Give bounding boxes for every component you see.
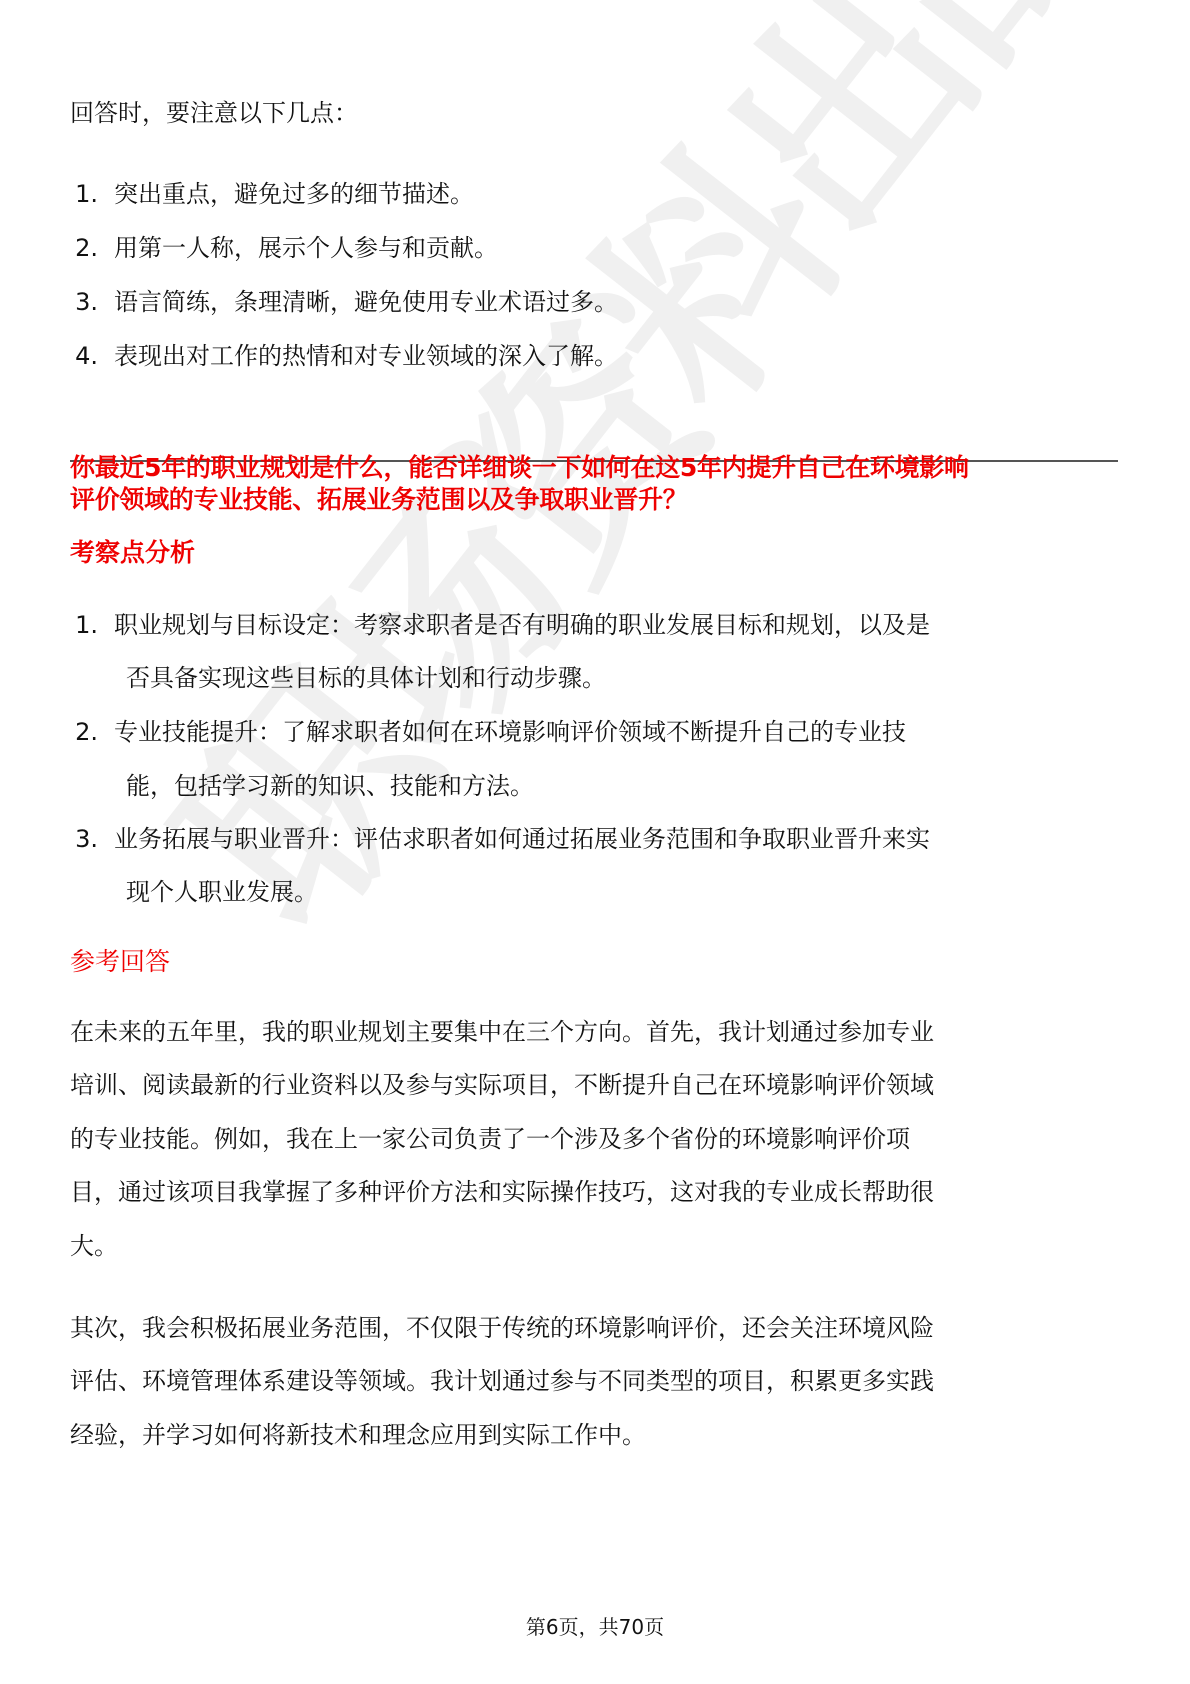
reference-paragraph-2-line: 评估、环境管理体系建设等领域。我计划通过参与不同类型的项目，积累更多实践 xyxy=(70,1366,934,1396)
analysis-text-cont: 否具备实现这些目标的具体计划和行动步骤。 xyxy=(126,663,606,693)
tip-text: 突出重点，避免过多的细节描述。 xyxy=(114,180,474,208)
analysis-item: 3.业务拓展与职业晋升：评估求职者如何通过拓展业务范围和争取职业晋升来实 xyxy=(70,824,930,854)
reference-paragraph-1-line: 培训、阅读最新的行业资料以及参与实际项目，不断提升自己在环境影响评价领域 xyxy=(70,1070,934,1100)
page-number: 第6页，共70页 xyxy=(0,1611,1190,1640)
reference-paragraph-2-line: 其次，我会积极拓展业务范围，不仅限于传统的环境影响评价，还会关注环境风险 xyxy=(70,1313,934,1343)
reference-paragraph-1-line: 的专业技能。例如，我在上一家公司负责了一个涉及多个省份的环境影响评价项 xyxy=(70,1124,910,1154)
tip-item: 4.表现出对工作的热情和对专业领域的深入了解。 xyxy=(70,341,618,371)
analysis-number: 1. xyxy=(70,610,114,640)
tip-text: 表现出对工作的热情和对专业领域的深入了解。 xyxy=(114,342,618,370)
tip-number: 4. xyxy=(70,341,114,371)
analysis-number: 2. xyxy=(70,717,114,747)
analysis-heading: 考察点分析 xyxy=(70,537,195,569)
analysis-text-cont: 现个人职业发展。 xyxy=(126,877,318,907)
document-page: 职场资料出品 回答时，要注意以下几点： 1.突出重点，避免过多的细节描述。 2.… xyxy=(0,0,1190,1684)
analysis-item: 1.职业规划与目标设定：考察求职者是否有明确的职业发展目标和规划，以及是 xyxy=(70,610,930,640)
reference-paragraph-2-line: 经验，并学习如何将新技术和理念应用到实际工作中。 xyxy=(70,1420,646,1450)
reference-heading: 参考回答 xyxy=(70,946,170,978)
reference-paragraph-1-line: 目，通过该项目我掌握了多种评价方法和实际操作技巧，这对我的专业成长帮助很 xyxy=(70,1177,934,1207)
intro-lead: 回答时，要注意以下几点： xyxy=(70,98,358,128)
tip-item: 1.突出重点，避免过多的细节描述。 xyxy=(70,179,474,209)
analysis-number: 3. xyxy=(70,824,114,854)
analysis-text: 职业规划与目标设定：考察求职者是否有明确的职业发展目标和规划，以及是 xyxy=(114,611,930,639)
analysis-text: 专业技能提升：了解求职者如何在环境影响评价领域不断提升自己的专业技 xyxy=(114,718,906,746)
question-title-line-1: 你最近5年的职业规划是什么，能否详细谈一下如何在这5年内提升自己在环境影响 xyxy=(70,452,969,484)
tip-text: 语言简练，条理清晰，避免使用专业术语过多。 xyxy=(114,288,618,316)
question-title-line-2: 评价领域的专业技能、拓展业务范围以及争取职业晋升？ xyxy=(70,484,688,516)
tip-number: 1. xyxy=(70,179,114,209)
tip-number: 2. xyxy=(70,233,114,263)
tip-item: 2.用第一人称，展示个人参与和贡献。 xyxy=(70,233,498,263)
tip-item: 3.语言简练，条理清晰，避免使用专业术语过多。 xyxy=(70,287,618,317)
analysis-item: 2.专业技能提升：了解求职者如何在环境影响评价领域不断提升自己的专业技 xyxy=(70,717,906,747)
reference-paragraph-1-line: 大。 xyxy=(70,1231,118,1261)
analysis-text-cont: 能，包括学习新的知识、技能和方法。 xyxy=(126,771,534,801)
reference-paragraph-1-line: 在未来的五年里，我的职业规划主要集中在三个方向。首先，我计划通过参加专业 xyxy=(70,1017,934,1047)
tip-number: 3. xyxy=(70,287,114,317)
analysis-text: 业务拓展与职业晋升：评估求职者如何通过拓展业务范围和争取职业晋升来实 xyxy=(114,825,930,853)
tip-text: 用第一人称，展示个人参与和贡献。 xyxy=(114,234,498,262)
